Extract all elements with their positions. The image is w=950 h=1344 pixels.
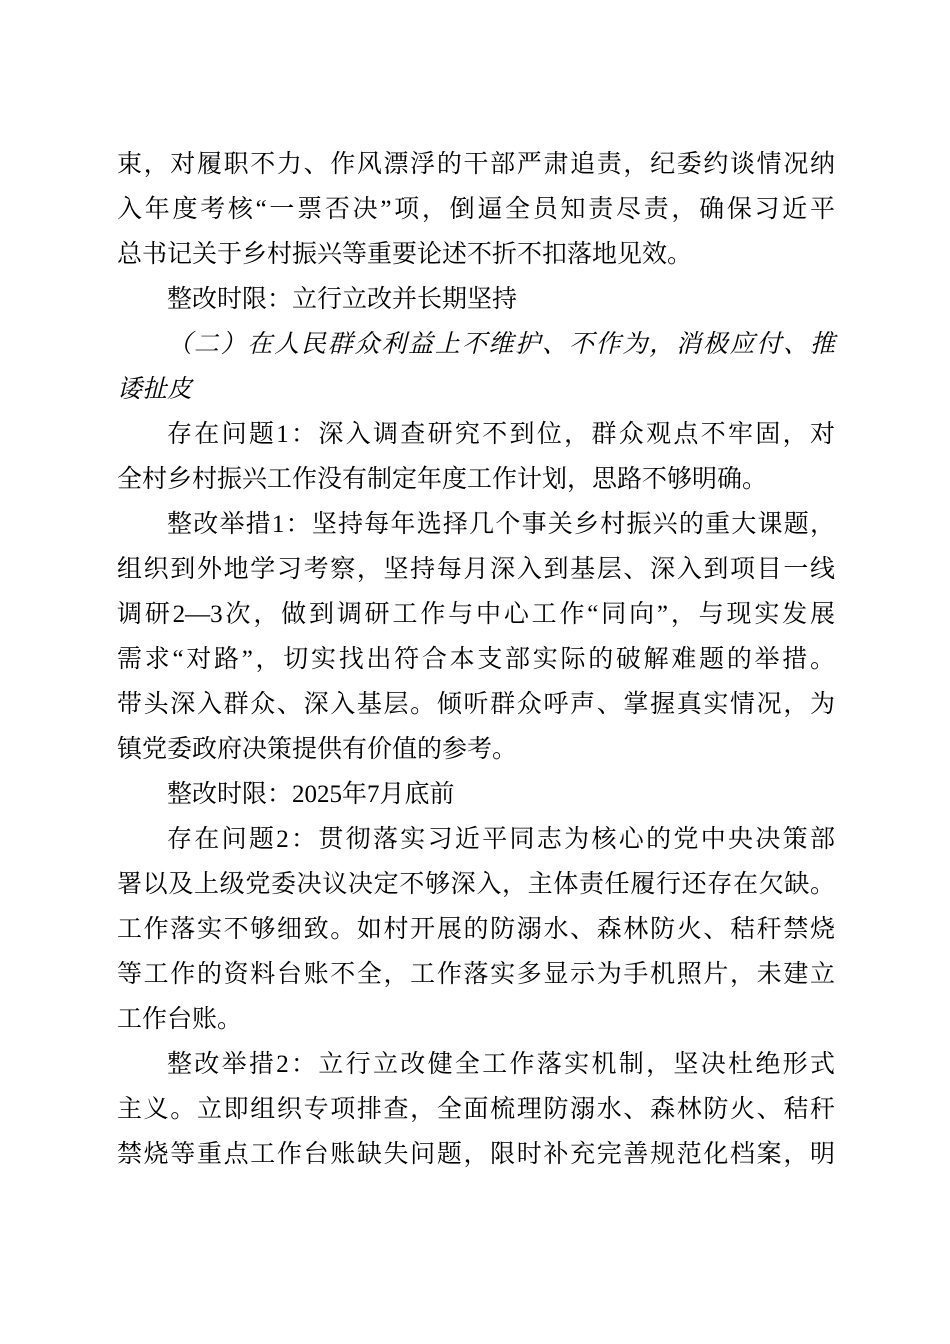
text-line: 整改时限：立行立改并长期坚持 xyxy=(117,277,835,322)
document-page: 束，对履职不力、作风漂浮的干部严肃追责，纪委约谈情况纳入年度考核“一票否决”项，… xyxy=(0,0,950,1344)
text-line: 需求“对路”，切实找出符合本支部实际的破解难题的举措。 xyxy=(117,637,835,682)
text-line: 带头深入群众、深入基层。倾听群众呼声、掌握真实情况，为 xyxy=(117,682,835,727)
text-line: 调研2—3次，做到调研工作与中心工作“同向”，与现实发展 xyxy=(117,592,835,637)
heading-line: （二）在人民群众利益上不维护、不作为，消极应付、推 xyxy=(117,322,835,367)
text-line: 入年度考核“一票否决”项，倒逼全员知责尽责，确保习近平 xyxy=(117,187,835,232)
text-line: 主义。立即组织专项排查，全面梳理防溺水、森林防火、秸秆 xyxy=(117,1087,835,1132)
text-line: 全村乡村振兴工作没有制定年度工作计划，思路不够明确。 xyxy=(117,457,835,502)
text-line: 工作台账。 xyxy=(117,997,835,1042)
document-body: 束，对履职不力、作风漂浮的干部严肃追责，纪委约谈情况纳入年度考核“一票否决”项，… xyxy=(117,142,835,1177)
text-line: 存在问题2：贯彻落实习近平同志为核心的党中央决策部 xyxy=(117,817,835,862)
text-line: 工作落实不够细致。如村开展的防溺水、森林防火、秸秆禁烧 xyxy=(117,907,835,952)
text-line: 束，对履职不力、作风漂浮的干部严肃追责，纪委约谈情况纳 xyxy=(117,142,835,187)
text-line: 整改举措1：坚持每年选择几个事关乡村振兴的重大课题， xyxy=(117,502,835,547)
text-line: 禁烧等重点工作台账缺失问题，限时补充完善规范化档案，明 xyxy=(117,1132,835,1177)
text-line: 存在问题1：深入调查研究不到位，群众观点不牢固，对 xyxy=(117,412,835,457)
text-line: 组织到外地学习考察，坚持每月深入到基层、深入到项目一线 xyxy=(117,547,835,592)
text-line: 镇党委政府决策提供有价值的参考。 xyxy=(117,727,835,772)
heading-line: 诿扯皮 xyxy=(117,367,835,412)
text-line: 整改举措2：立行立改健全工作落实机制，坚决杜绝形式 xyxy=(117,1042,835,1087)
text-line: 署以及上级党委决议决定不够深入，主体责任履行还存在欠缺。 xyxy=(117,862,835,907)
text-line: 等工作的资料台账不全，工作落实多显示为手机照片，未建立 xyxy=(117,952,835,997)
text-line: 整改时限：2025年7月底前 xyxy=(117,772,835,817)
text-line: 总书记关于乡村振兴等重要论述不折不扣落地见效。 xyxy=(117,232,835,277)
